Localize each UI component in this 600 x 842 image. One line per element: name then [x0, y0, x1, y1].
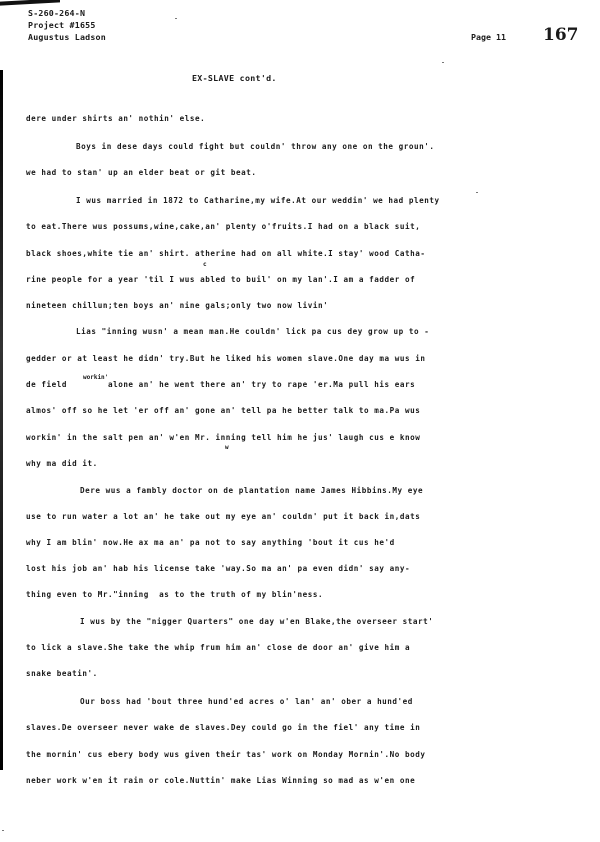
scan-speck	[175, 18, 177, 19]
body-line: snake beatin'.	[26, 669, 98, 678]
scan-corner-mark	[0, 0, 60, 6]
scan-speck	[442, 62, 444, 63]
body-line: lost his job an' hab his license take 'w…	[26, 564, 410, 573]
body-line: use to run water a lot an' he take out m…	[26, 512, 420, 521]
scan-speck	[2, 830, 4, 831]
folio-number: 167	[543, 25, 579, 45]
body-line: I wus married in 1872 to Catharine,my wi…	[76, 196, 440, 205]
body-line: the mornin' cus ebery body wus given the…	[26, 750, 426, 759]
interlinear-insertion: c	[203, 261, 207, 268]
body-line: why ma did it.	[26, 459, 98, 468]
body-line: rine people for a year 'til I wus abled …	[26, 275, 415, 284]
body-line: to eat.There wus possums,wine,cake,an' p…	[26, 222, 420, 231]
interviewee-name: Augustus Ladson	[28, 31, 106, 43]
body-line: to lick a slave.She take the whip frum h…	[26, 643, 410, 652]
header-block: S-260-264-N Project #1655 Augustus Ladso…	[28, 7, 106, 43]
body-line: de field alone an' he went there an' try…	[26, 380, 415, 389]
body-line: dere under shirts an' nothin' else.	[26, 114, 205, 123]
body-line: nineteen chillun;ten boys an' nine gals;…	[26, 301, 328, 310]
section-title: EX-SLAVE cont'd.	[192, 73, 277, 83]
body-line: I wus by the "nigger Quarters" one day w…	[80, 617, 433, 626]
project-number: Project #1655	[28, 19, 106, 31]
interlinear-insertion: w	[225, 444, 229, 451]
scan-speck	[476, 192, 478, 193]
body-line: we had to stan' up an elder beat or git …	[26, 168, 256, 177]
body-line: almos' off so he let 'er off an' gone an…	[26, 406, 420, 415]
body-line: black shoes,white tie an' shirt. atherin…	[26, 249, 426, 258]
body-line: gedder or at least he didn' try.But he l…	[26, 354, 426, 363]
body-line: thing even to Mr."inning as to the truth…	[26, 590, 323, 599]
body-line: slaves.De overseer never wake de slaves.…	[26, 723, 420, 732]
body-line: workin' in the salt pen an' w'en Mr. inn…	[26, 433, 420, 442]
scan-left-edge	[0, 70, 3, 770]
document-page: S-260-264-N Project #1655 Augustus Ladso…	[0, 0, 600, 842]
body-line: why I am blin' now.He ax ma an' pa not t…	[26, 538, 395, 547]
body-line: Dere wus a fambly doctor on de plantatio…	[80, 486, 423, 495]
body-line: Boys in dese days could fight but couldn…	[76, 142, 435, 151]
body-line: Lias "inning wusn' a mean man.He couldn'…	[76, 327, 429, 336]
file-code: S-260-264-N	[28, 7, 106, 19]
body-line: neber work w'en it rain or cole.Nuttin' …	[26, 776, 415, 785]
body-line: Our boss had 'bout three hund'ed acres o…	[80, 697, 413, 706]
page-label: Page 11	[471, 32, 506, 42]
